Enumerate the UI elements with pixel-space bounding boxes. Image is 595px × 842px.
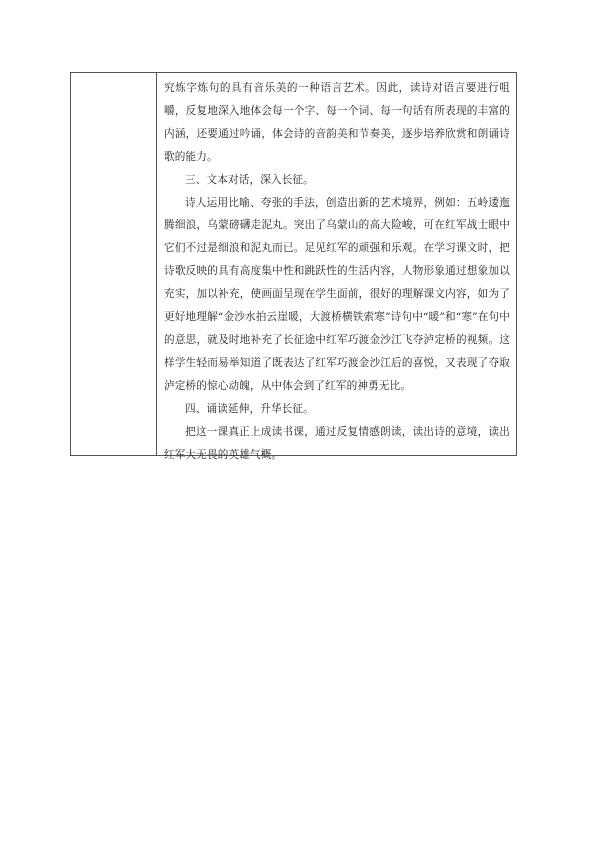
- table-left-cell: [71, 73, 157, 455]
- content-table: 究炼字炼句的具有音乐美的一种语言艺术。因此，读诗对语言要进行咀嚼，反复地深入地体…: [70, 72, 517, 456]
- table-right-cell: 究炼字炼句的具有音乐美的一种语言艺术。因此，读诗对语言要进行咀嚼，反复地深入地体…: [157, 73, 516, 455]
- section-heading-3: 三、文本对话，深入长征。: [164, 169, 510, 192]
- paragraph-text-dialogue: 诗人运用比喻、夸张的手法，创造出新的艺术境界，例如：五岭逶迤腾细浪，乌蒙磅礴走泥…: [164, 192, 510, 398]
- paragraph-recitation: 把这一课真正上成读书课，通过反复情感朗读，读出诗的意境，读出红军大无畏的英雄气概…: [164, 421, 510, 467]
- section-heading-4: 四、诵读延伸，升华长征。: [164, 398, 510, 421]
- paragraph-intro-continuation: 究炼字炼句的具有音乐美的一种语言艺术。因此，读诗对语言要进行咀嚼，反复地深入地体…: [164, 77, 510, 169]
- document-page: 究炼字炼句的具有音乐美的一种语言艺术。因此，读诗对语言要进行咀嚼，反复地深入地体…: [0, 0, 595, 842]
